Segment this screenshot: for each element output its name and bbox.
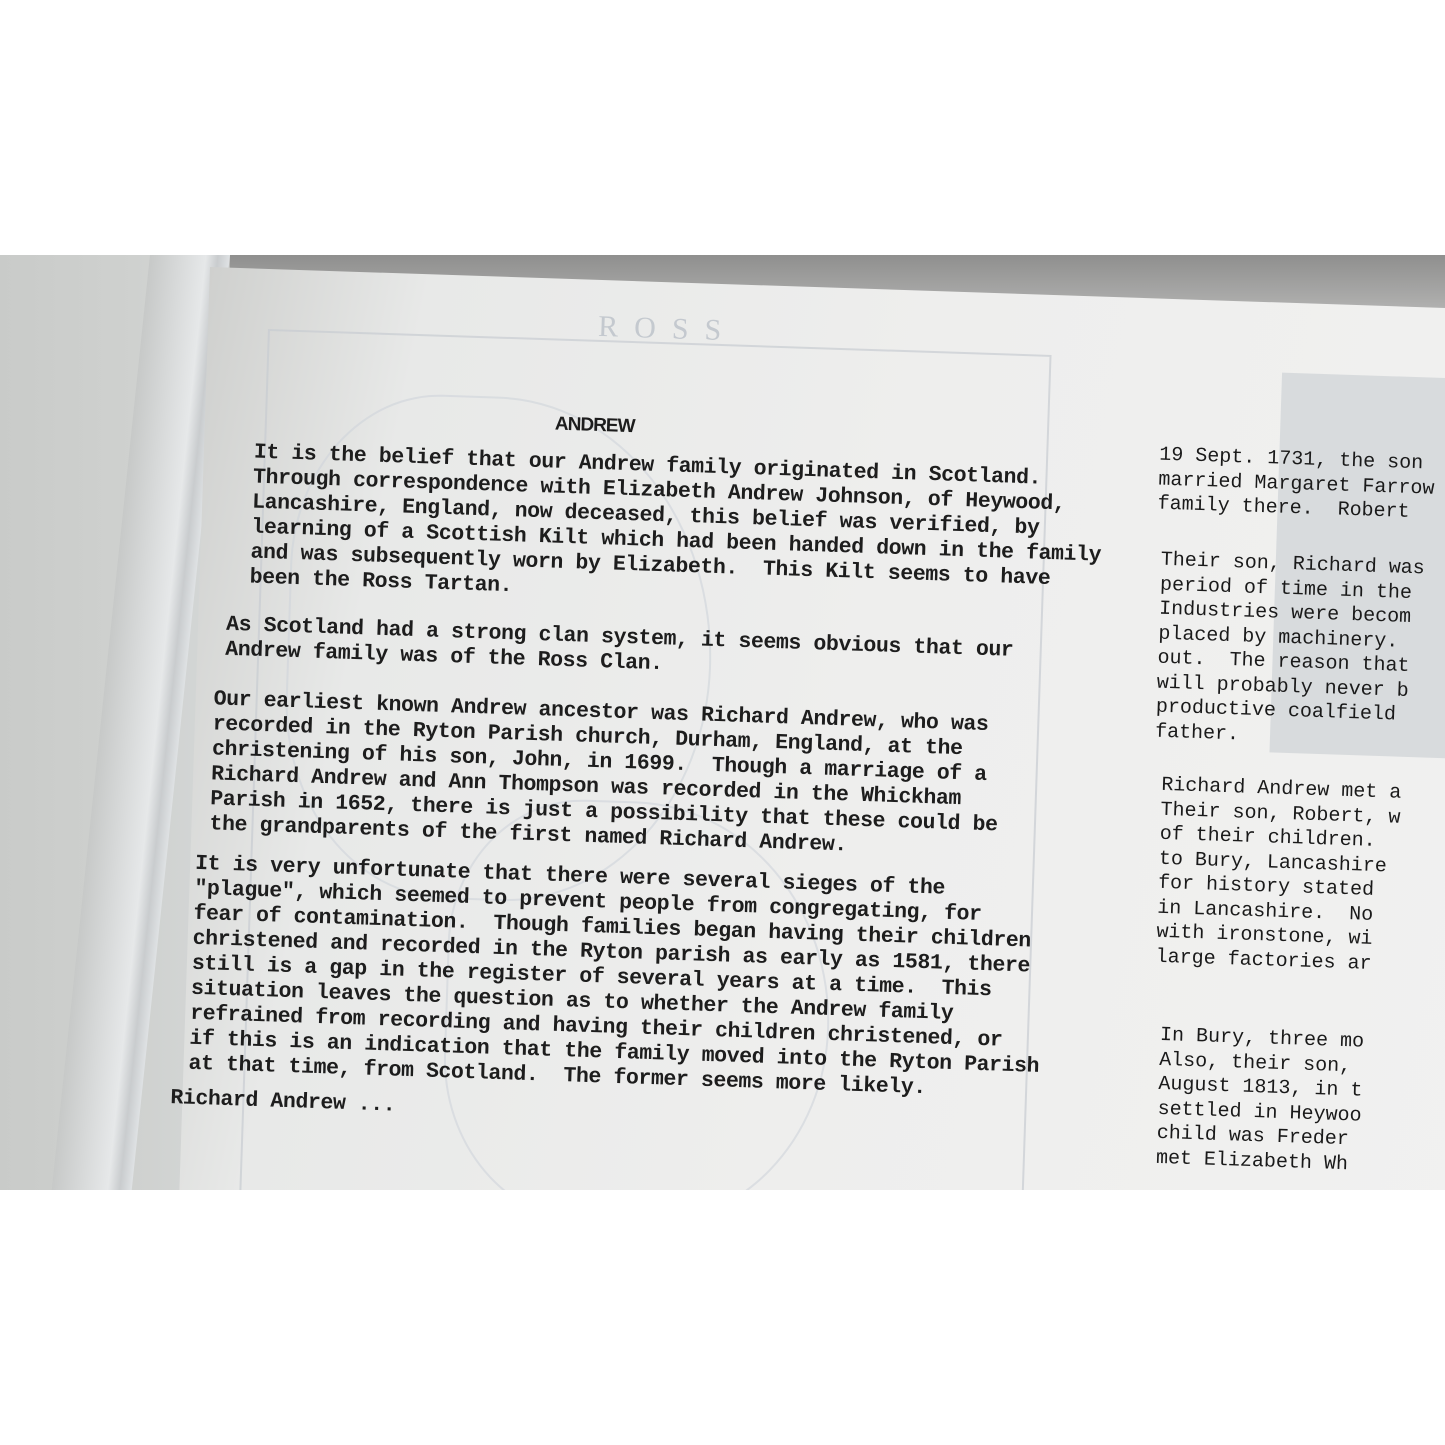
page-title: ANDREW <box>555 414 635 439</box>
document-photo: ROSS ANDREW It is the belief that our An… <box>0 255 1445 1190</box>
right-column-paragraph: Richard Andrew met a Their son, Robert, … <box>1155 774 1401 978</box>
right-column-paragraph: In Bury, three mo Also, their son, Augus… <box>1156 1024 1365 1178</box>
paragraph: It is the belief that our Andrew family … <box>249 441 1104 619</box>
paragraph: Our earliest known Andrew ancestor was R… <box>209 687 1001 863</box>
map-label: ROSS <box>598 310 738 349</box>
right-column-paragraph: Their son, Richard was period of time in… <box>1155 549 1425 754</box>
typed-page: ROSS ANDREW It is the belief that our An… <box>177 267 1445 1190</box>
right-column-paragraph: 19 Sept. 1731, the son married Margaret … <box>1157 444 1435 527</box>
paragraph: It is very unfortunate that there were s… <box>188 852 1045 1105</box>
